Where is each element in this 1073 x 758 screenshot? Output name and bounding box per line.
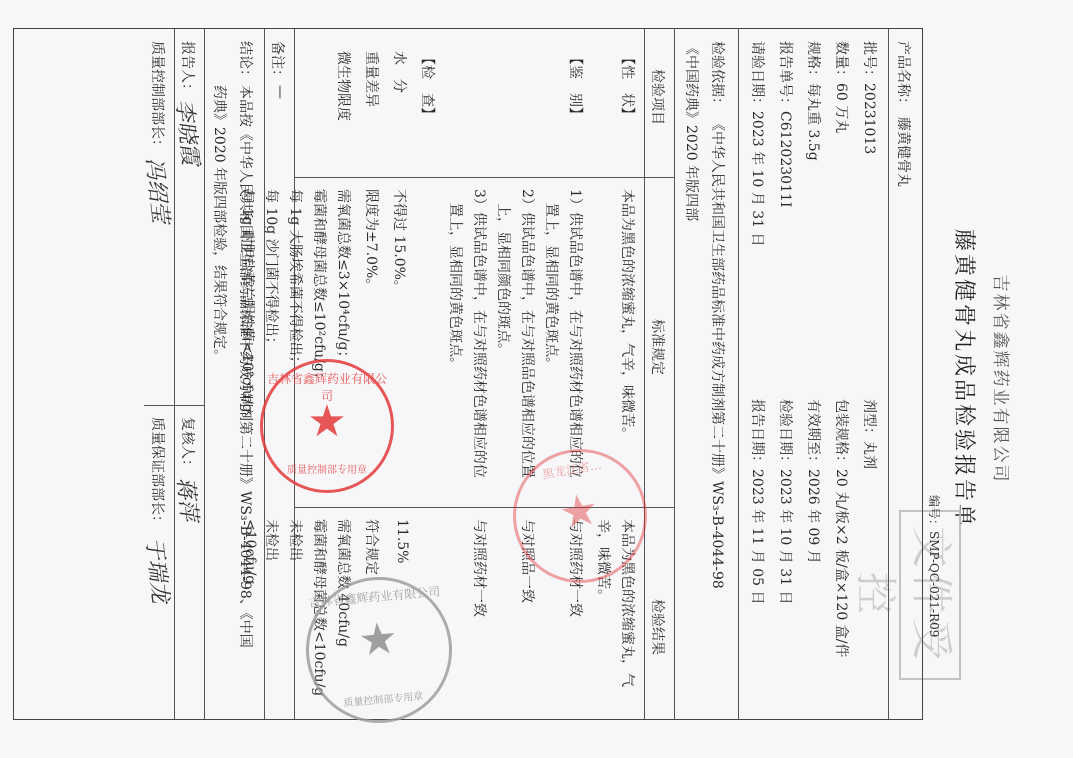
- star-icon: ★: [512, 475, 647, 547]
- standard-text: 本品为黑色的浓缩蜜丸，气辛，味微苦。: [618, 189, 638, 441]
- star-icon: ★: [306, 608, 450, 671]
- standard-text: 不得过 15.0%。: [390, 189, 410, 294]
- test-item: 水 分: [390, 51, 410, 93]
- basis-row: 检验依据： 《中华人民共和国卫生部药品标准中药成方制剂第二十册》WS₃-B-40…: [674, 29, 738, 719]
- standard-text: 限度为±7.0%。: [362, 189, 382, 292]
- test-item: 【性 状】: [618, 51, 638, 121]
- conclusion-row: 结论： 本品按《中华人民共和国卫生部药品标准中药成方制剂第二十册》WS₃-B-4…: [204, 29, 264, 719]
- star-icon: ★: [263, 396, 391, 447]
- inspection-report-sheet: 吉林省鑫辉药业有限公司 藤黄健骨丸成品检验报告单 文件受控 编号：SMP-QC-…: [0, 0, 1073, 758]
- company-name: 吉林省鑫辉药业有限公司: [990, 0, 1015, 758]
- info-field: 报告单号：C612023011I: [776, 41, 796, 207]
- standard-text: 需氧菌总数≤3×10⁴cfu/g；: [334, 189, 354, 365]
- standard-text: 置上，显相同的黄色斑点。: [542, 189, 562, 371]
- info-field: 数量：60 万丸: [832, 41, 852, 133]
- standard-text: 1）供试品色谱中，在与对照药材色谱相应的位: [566, 189, 586, 478]
- qa-head-signature: 于瑞龙: [140, 536, 178, 605]
- standard-text: 霉菌和酵母菌总数≤10²cfu/g；: [310, 189, 330, 386]
- info-field: 包装规格：20 丸/板×2 板/盒×120 盒/件: [832, 399, 852, 657]
- info-block: 批号：20231013数量：60 万丸规格：每丸重 3.5g报告单号：C6120…: [738, 29, 888, 719]
- result-text: 与对照药材一致: [470, 519, 490, 617]
- result-text: 11.5%: [394, 519, 410, 563]
- report-form: 产品名称： 藤黄健骨丸 批号：20231013数量：60 万丸规格：每丸重 3.…: [13, 28, 923, 720]
- standard-text: 2）供试品色谱中，在与对照品色谱相应的位置: [518, 189, 538, 478]
- info-field: 报告日期：2023 年 11 月 05 日: [748, 399, 768, 605]
- signature-row-1: 报告人： 李晓霞 复核人： 蒋萍: [174, 29, 204, 719]
- info-field: 批号：20231013: [860, 41, 880, 154]
- qc-head-signature: 冯绍莹: [140, 156, 178, 225]
- table-header: 检验项目 标准规定 检验结果: [644, 29, 674, 719]
- product-name-row: 产品名称： 藤黄健骨丸: [888, 29, 922, 719]
- company-red-seal: 吉林省鑫辉药业有限公司 ★ 质量控制部专用章: [260, 359, 394, 493]
- signature-row-2: 质量控制部部长： 冯绍莹 质量保证部部长： 于瑞龙: [144, 29, 174, 719]
- info-field: 检验日期：2023 年 10 月 31 日: [776, 399, 796, 605]
- signature-divider: [144, 405, 204, 406]
- info-field: 剂型：丸剂: [860, 399, 880, 469]
- test-item: 【检 查】: [418, 51, 438, 121]
- document-number: 编号：SMP-QC-021-R09: [926, 495, 943, 637]
- reporter-signature: 李晓霞: [170, 98, 208, 167]
- standard-text: 置上，显相同的黄色斑点。: [446, 189, 466, 371]
- test-item: 重量差异: [362, 51, 382, 107]
- reviewer-signature: 蒋萍: [171, 476, 206, 523]
- standard-text: 3）供试品色谱中，在与对照药材色谱相应的位: [470, 189, 490, 478]
- standard-text: 上，显相同颜色的斑点。: [494, 189, 514, 357]
- test-item: 微生物限度: [334, 51, 354, 121]
- info-field: 有效期至：2026 年 09 月: [804, 399, 824, 564]
- result-text: 符合规定: [362, 519, 382, 575]
- test-item: 【鉴 别】: [566, 51, 586, 121]
- info-field: 规格：每丸重 3.5g: [804, 41, 824, 161]
- info-field: 请验日期：2023 年 10 月 31 日: [748, 41, 768, 247]
